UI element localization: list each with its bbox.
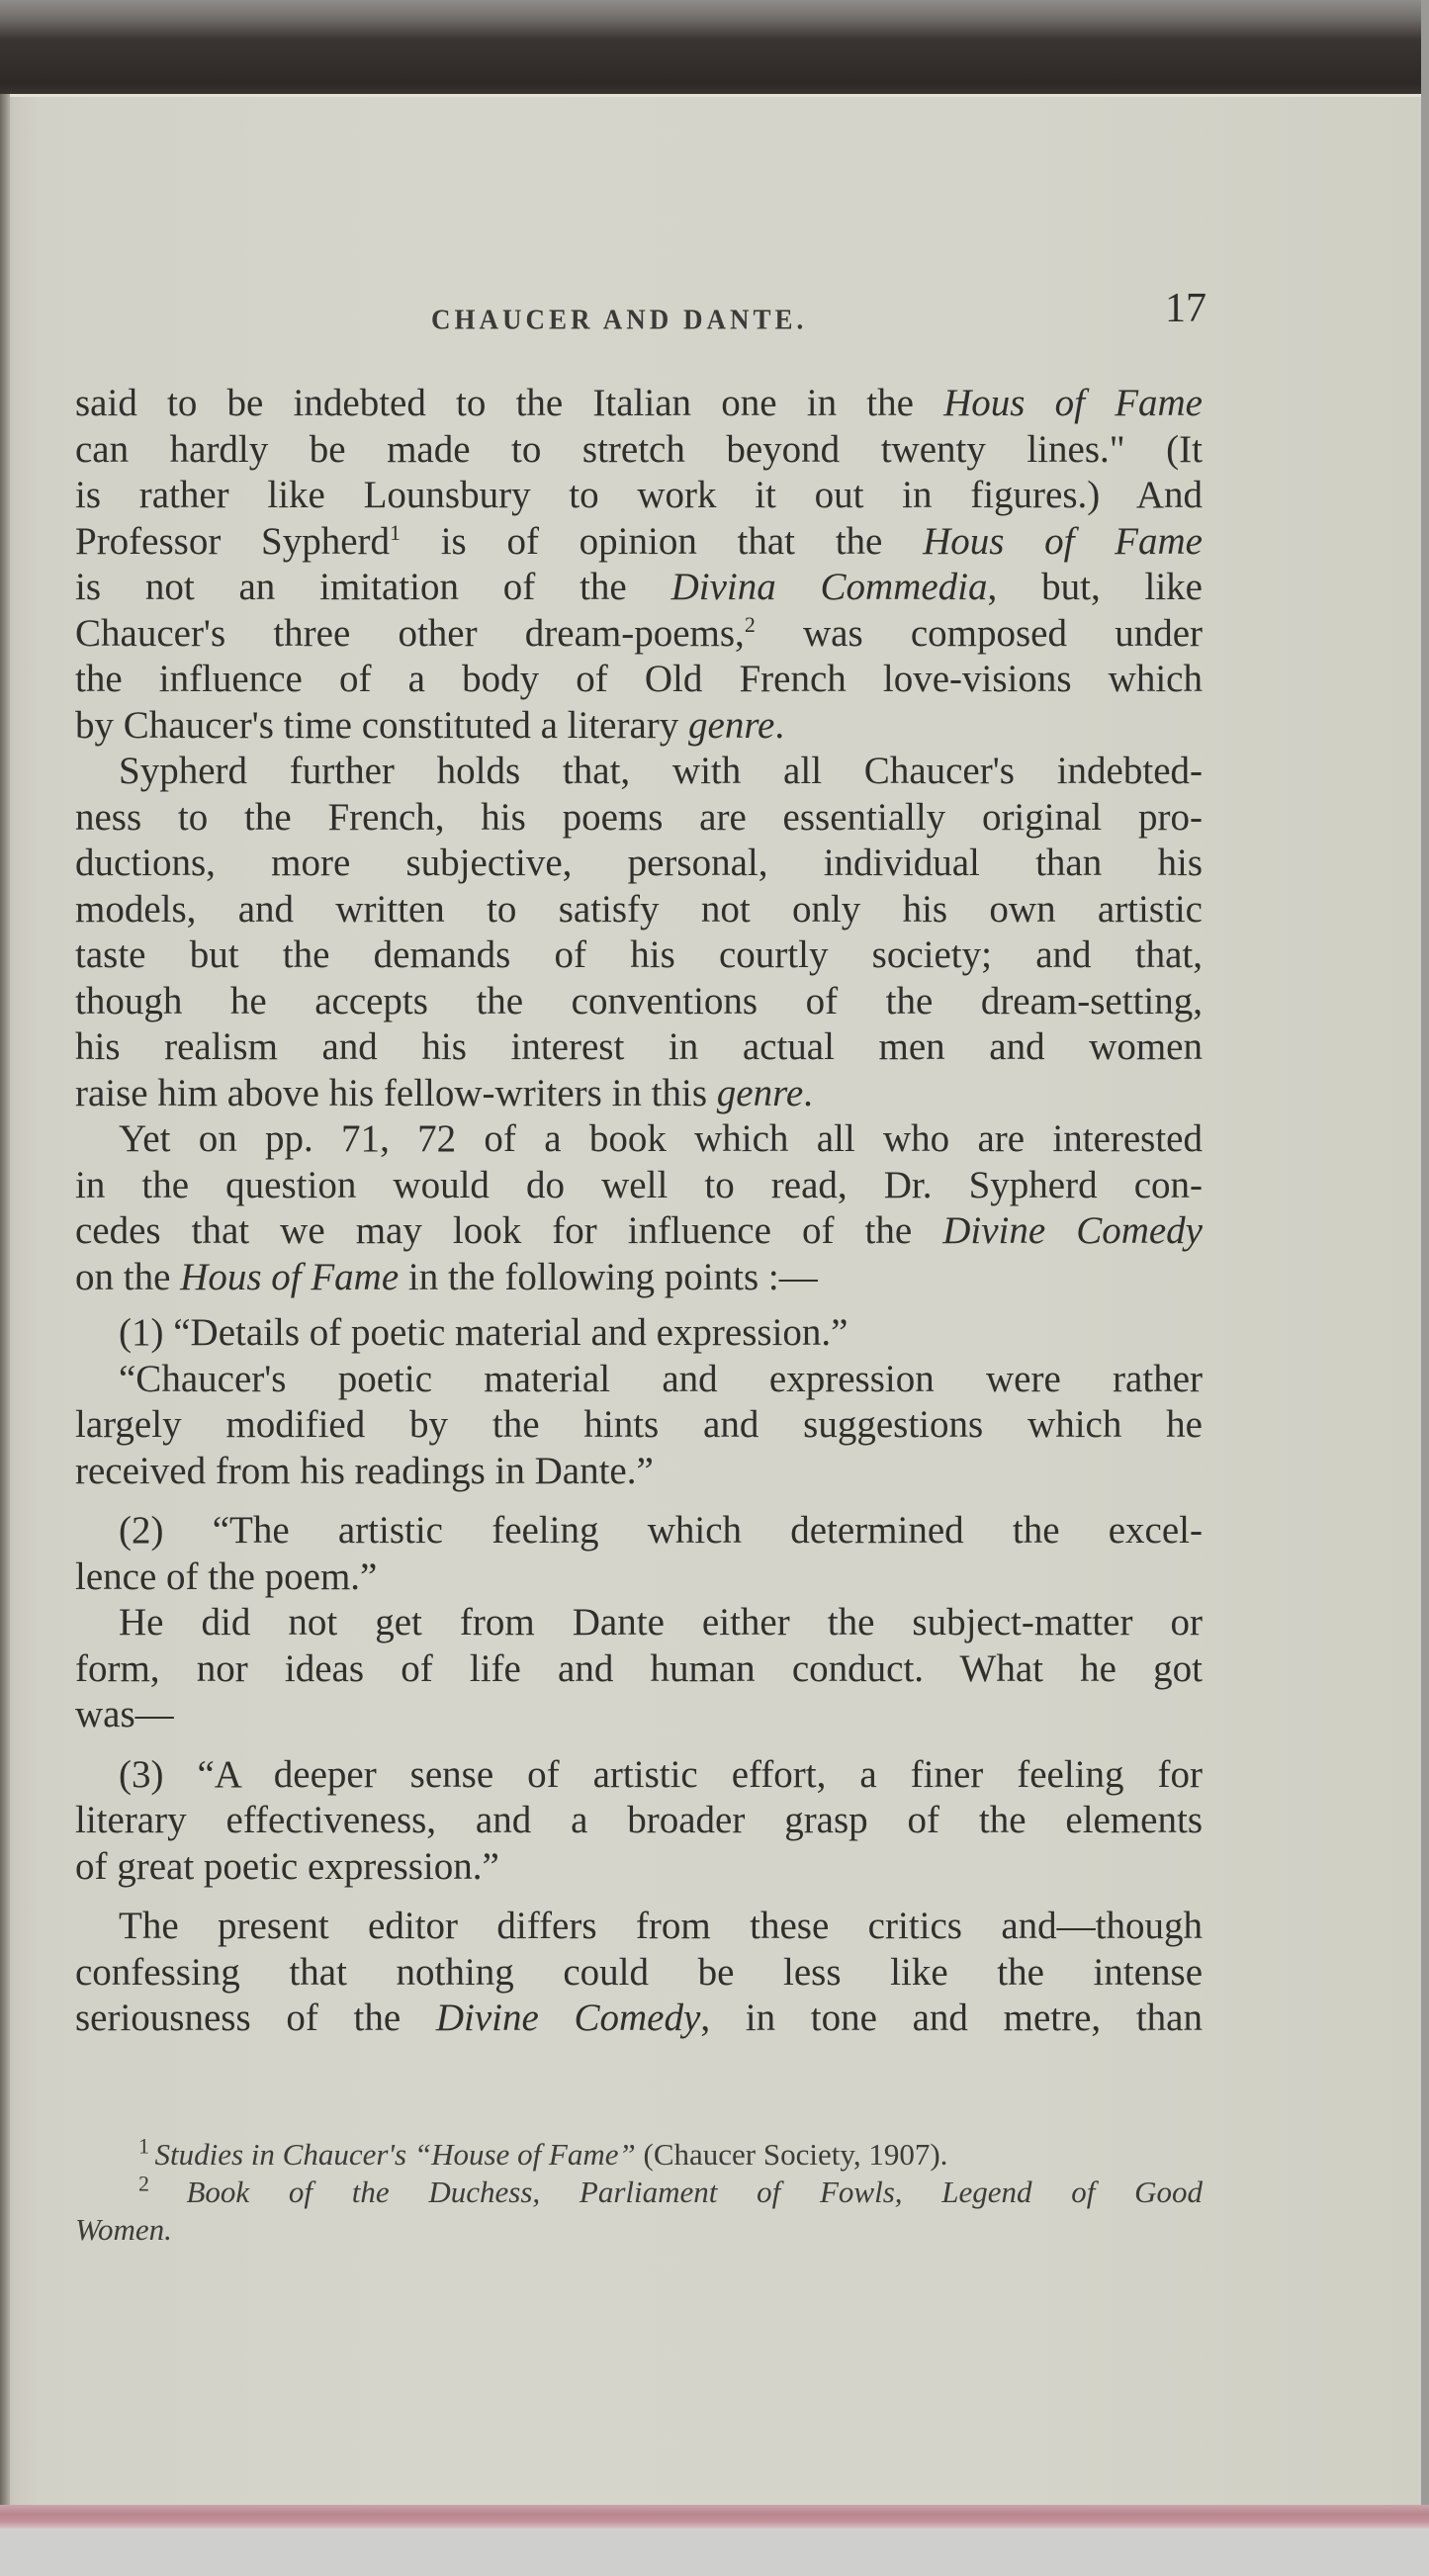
- text-line: received from his readings in Dante.”: [75, 1449, 1203, 1495]
- footnote-ref: 2: [745, 612, 756, 637]
- page-number: 17: [1165, 285, 1206, 332]
- text-line: Yet on pp. 71, 72 of a book which all wh…: [75, 1116, 1203, 1163]
- text-line: raise him above his fellow-writers in th…: [75, 1071, 1203, 1117]
- footnote: 1 Studies in Chaucer's “House of Fame” (…: [75, 2136, 1203, 2174]
- text-line: (1) “Details of poetic material and expr…: [75, 1310, 1203, 1357]
- text-line: The present editor differs from these cr…: [75, 1904, 1203, 1950]
- text-line: cedes that we may look for influence of …: [75, 1208, 1203, 1255]
- text-line: form, nor ideas of life and human conduc…: [75, 1646, 1203, 1693]
- footnotes: 1 Studies in Chaucer's “House of Fame” (…: [75, 2136, 1203, 2249]
- text-line: Sypherd further holds that, with all Cha…: [75, 749, 1203, 795]
- right-edge-strip: [1421, 0, 1429, 2576]
- gutter-shadow: [0, 94, 10, 2515]
- text-line: was—: [75, 1692, 1203, 1738]
- footnote: Women.: [75, 2211, 1203, 2249]
- footnote-ref: 1: [390, 520, 401, 545]
- text-line: Chaucer's three other dream-poems,2 was …: [75, 611, 1203, 658]
- text-line: (2) “The artistic feeling which determin…: [75, 1508, 1203, 1554]
- text-line: seriousness of the Divine Comedy, in ton…: [75, 1996, 1203, 2042]
- text-line: by Chaucer's time constituted a literary…: [75, 703, 1203, 750]
- text-line: ness to the French, his poems are essent…: [75, 795, 1203, 842]
- text-line: of great poetic expression.”: [75, 1844, 1203, 1891]
- text-line: taste but the demands of his courtly soc…: [75, 933, 1203, 979]
- text-line: He did not get from Dante either the sub…: [75, 1600, 1203, 1646]
- page-edge-pink: [0, 2505, 1429, 2529]
- text-line: models, and written to satisfy not only …: [75, 887, 1203, 933]
- text-line: on the Hous of Fame in the following poi…: [75, 1255, 1203, 1301]
- dark-background-band: [0, 0, 1429, 99]
- text-line: though he accepts the conventions of the…: [75, 979, 1203, 1025]
- text-line: his realism and his interest in actual m…: [75, 1024, 1203, 1071]
- text-line: in the question would do well to read, D…: [75, 1163, 1203, 1209]
- footnote: 2 Book of the Duchess, Parliament of Fow…: [75, 2174, 1203, 2211]
- text-line: lence of the poem.”: [75, 1554, 1203, 1601]
- text-line: “Chaucer's poetic material and expressio…: [75, 1357, 1203, 1403]
- text-line: largely modified by the hints and sugges…: [75, 1402, 1203, 1449]
- text-line: literary effectiveness, and a broader gr…: [75, 1798, 1203, 1844]
- table-surface: [0, 2529, 1429, 2576]
- text-line: Professor Sypherd1 is of opinion that th…: [75, 519, 1203, 566]
- text-line: ductions, more subjective, personal, ind…: [75, 841, 1203, 887]
- text-line: confessing that nothing could be less li…: [75, 1950, 1203, 1997]
- text-line: the influence of a body of Old French lo…: [75, 657, 1203, 703]
- text-line: said to be indebted to the Italian one i…: [75, 381, 1203, 427]
- text-line: (3) “A deeper sense of artistic effort, …: [75, 1752, 1203, 1799]
- body-text: said to be indebted to the Italian one i…: [75, 381, 1203, 2042]
- running-title: CHAUCER AND DANTE.: [431, 304, 807, 336]
- text-line: can hardly be made to stretch beyond twe…: [75, 427, 1203, 474]
- text-line: is rather like Lounsbury to work it out …: [75, 473, 1203, 519]
- text-line: is not an imitation of the Divina Commed…: [75, 565, 1203, 611]
